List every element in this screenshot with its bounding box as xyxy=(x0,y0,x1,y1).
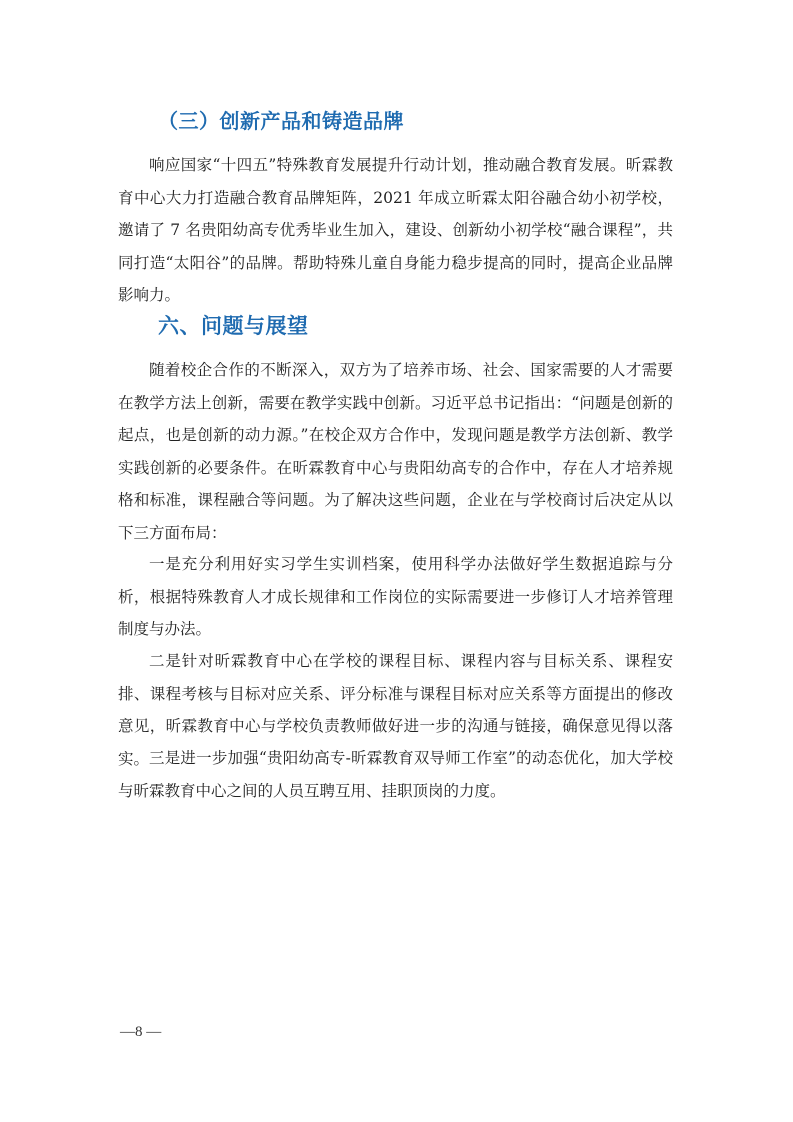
section-paragraph: 响应国家“十四五”特殊教育发展提升行动计划，推动融合教育发展。昕霖教育中心大力打… xyxy=(118,149,673,312)
paragraph-intro: 随着校企合作的不断深入，双方为了培养市场、社会、国家需要的人才需要在教学方法上创… xyxy=(118,354,673,549)
paragraph-point-one: 一是充分利用好实习学生实训档案，使用科学办法做好学生数据追踪与分析，根据特殊教育… xyxy=(118,548,673,646)
page-number: —8 — xyxy=(120,1024,161,1041)
document-page: （三）创新产品和铸造品牌 响应国家“十四五”特殊教育发展提升行动计划，推动融合教… xyxy=(0,0,793,1122)
paragraph-point-three: 三是进一步加强“贵阳幼高专-昕霖教育双导师工作室”的动态优化，加大学校与昕霖教育… xyxy=(118,742,673,807)
section-heading: （三）创新产品和铸造品牌 xyxy=(158,105,404,134)
chapter-heading: 六、问题与展望 xyxy=(158,310,309,340)
